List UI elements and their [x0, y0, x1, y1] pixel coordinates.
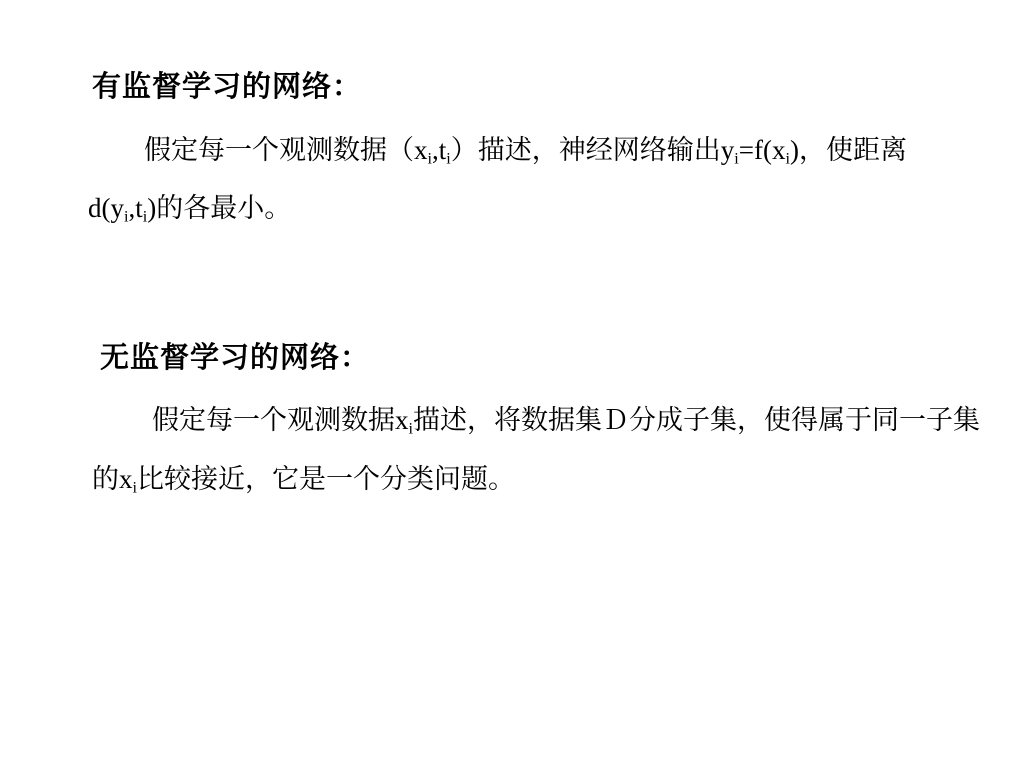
supervised-paragraph-line-1: 假定每一个观测数据（xi,ti）描述，神经网络输出yi=f(xi)，使距离	[144, 134, 907, 169]
slide-canvas: 有监督学习的网络： 假定每一个观测数据（xi,ti）描述，神经网络输出yi=f(…	[0, 0, 1024, 768]
text-segment: 假定每一个观测数据x	[152, 405, 409, 435]
unsupervised-paragraph-line-1: 假定每一个观测数据xi描述，将数据集Ｄ分成子集，使得属于同一子集	[152, 404, 980, 439]
text-segment: 假定每一个观测数据（x	[144, 135, 428, 165]
text-segment: d(y	[88, 193, 124, 223]
text-segment: 比较接近，它是一个分类问题。	[137, 464, 515, 494]
text-segment: ,t	[129, 193, 143, 223]
heading-unsupervised-networks: 无监督学习的网络：	[100, 342, 370, 375]
heading-supervised-networks: 有监督学习的网络：	[92, 71, 362, 104]
text-segment: ）描述，神经网络输出y	[451, 135, 735, 165]
text-segment: ,t	[432, 135, 446, 165]
text-segment: )的各最小。	[147, 193, 291, 223]
text-segment: 描述，将数据集Ｄ分成子集，使得属于同一子集	[413, 405, 980, 435]
unsupervised-paragraph-line-2: 的xi比较接近，它是一个分类问题。	[92, 463, 515, 498]
text-segment: 的x	[92, 464, 133, 494]
supervised-paragraph-line-2: d(yi,ti)的各最小。	[88, 192, 291, 227]
text-segment: )，使距离	[790, 135, 907, 165]
text-segment: =f(x	[739, 135, 786, 165]
